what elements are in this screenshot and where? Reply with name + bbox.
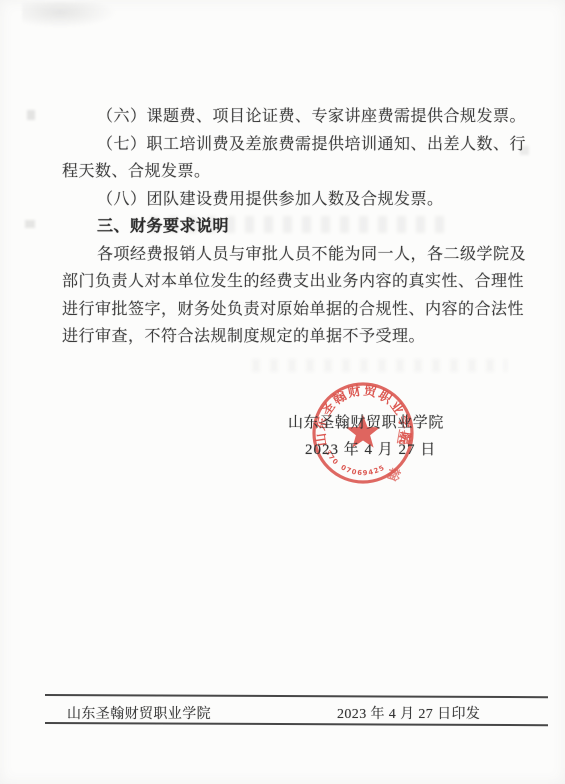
section-heading: 三、财务要求说明 [62, 213, 527, 241]
scan-speck [27, 110, 35, 120]
body-line-para4: 进行审查，不符合法规制度规定的单据不予受理。 [62, 323, 527, 351]
seal-bleedthrough-char: 翰 [385, 466, 403, 482]
body-line-item6: （六）课题费、项目论证费、专家讲座费需提供合规发票。 [62, 103, 527, 131]
footer-org: 山东圣翰财贸职业学院 [67, 703, 211, 723]
body-line-para3: 进行审批签字，财务处负责对原始单据的合规性、内容的合法性 [62, 296, 527, 324]
body-line-item7: （七）职工培训费及差旅费需提供培训通知、出差人数、行 [62, 131, 527, 159]
body-line-item7-cont: 程天数、合规发票。 [62, 158, 527, 186]
seal-number-bottom: 07069425 [339, 463, 386, 477]
scan-speck [25, 220, 35, 228]
scanned-document-page: （六）课题费、项目论证费、专家讲座费需提供合规发票。 （七）职工培训费及差旅费需… [0, 0, 565, 784]
scan-smudge [22, 2, 117, 28]
footer-rule-top [45, 694, 548, 698]
body-line-para2: 部门负责人对本单位发生的经费支出业务内容的真实性、合理性 [62, 268, 527, 296]
body-line-para1: 各项经费报销人员与审批人员不能为同一人，各二级学院及 [62, 241, 527, 269]
document-body: （六）课题费、项目论证费、专家讲座费需提供合规发票。 （七）职工培训费及差旅费需… [62, 103, 527, 351]
official-seal: 山东圣翰财贸职业学院 370 07069425 圣 翰 [303, 373, 423, 493]
signature-date: 2023 年 4 月 27 日 [305, 438, 436, 459]
footer-date-line: 2023 年 4 月 27 日印发 [337, 703, 480, 723]
scan-bleedthrough-ghost [252, 359, 507, 372]
body-line-item8: （八）团队建设费用提供参加人数及合规发票。 [62, 186, 527, 214]
signature-org: 山东圣翰财贸职业学院 [288, 411, 444, 432]
